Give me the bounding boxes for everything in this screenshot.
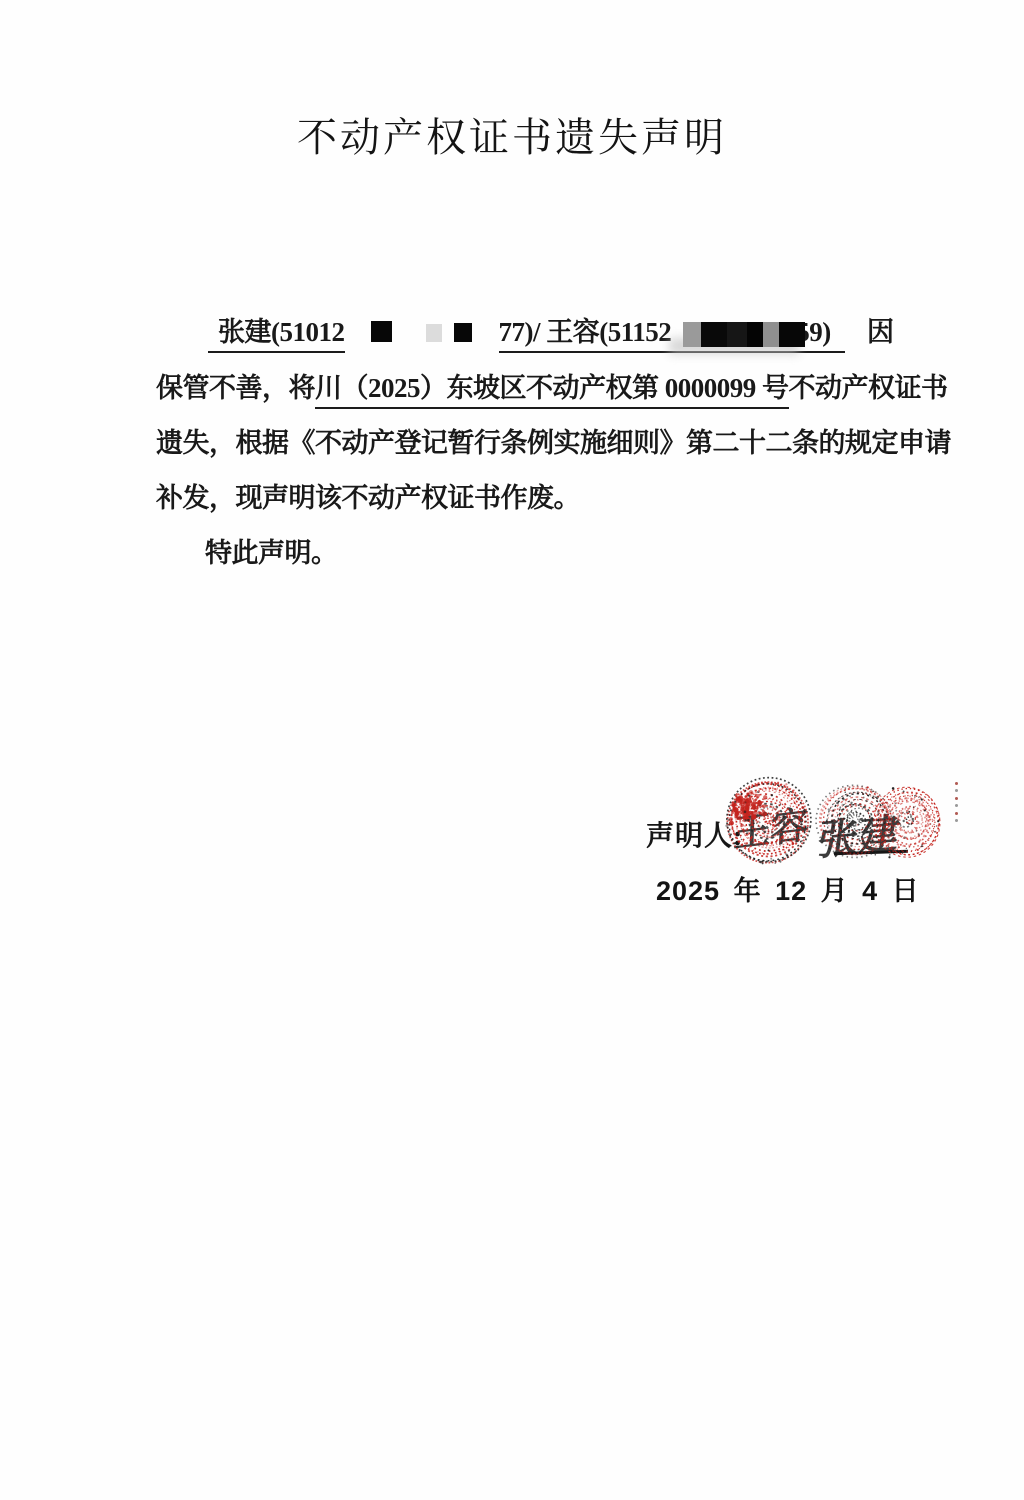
body-line-3: 遗失，根据《不动产登记暂行条例实施细则》第二十二条的规定申请 [156, 421, 951, 460]
body-line-1: 张建(51012 77)/ 王容(5115259) 因 [208, 310, 894, 349]
date-line: 2025 年 12 月 4 日 [656, 869, 920, 908]
line1-tail-text: 因 [867, 317, 894, 347]
line2-post-text: 不动产权证书 [789, 373, 948, 403]
document-title: 不动产权证书遗失声明 [0, 106, 1024, 163]
redaction-box-faint-icon [426, 324, 442, 342]
redaction-box-icon [454, 323, 472, 342]
scan-artifact-dots [953, 782, 959, 822]
certificate-number: 川（2025）东坡区不动产权第 0000099 号 [315, 373, 789, 409]
body-line-2: 保管不善，将川（2025）东坡区不动产权第 0000099 号不动产权证书 [156, 366, 948, 405]
closing-statement: 特此声明。 [205, 531, 338, 570]
redaction-box-icon [371, 321, 392, 342]
declarant-2-name-id: 77)/ 王容(5115259) [499, 317, 845, 353]
redaction-bar-icon [683, 322, 805, 347]
declarant-1-name-id: 张建(51012 [208, 317, 345, 353]
document-page: 不动产权证书遗失声明 张建(51012 77)/ 王容(5115259) 因 保… [0, 0, 1024, 1500]
fingerprint-seal-icon [810, 779, 944, 865]
fingerprint-seal-icon [718, 774, 814, 868]
id-fragment: 77)/ 王容(51152 [499, 317, 672, 347]
line2-pre-text: 保管不善，将 [156, 373, 315, 403]
body-line-4: 补发，现声明该不动产权证书作废。 [156, 476, 580, 515]
